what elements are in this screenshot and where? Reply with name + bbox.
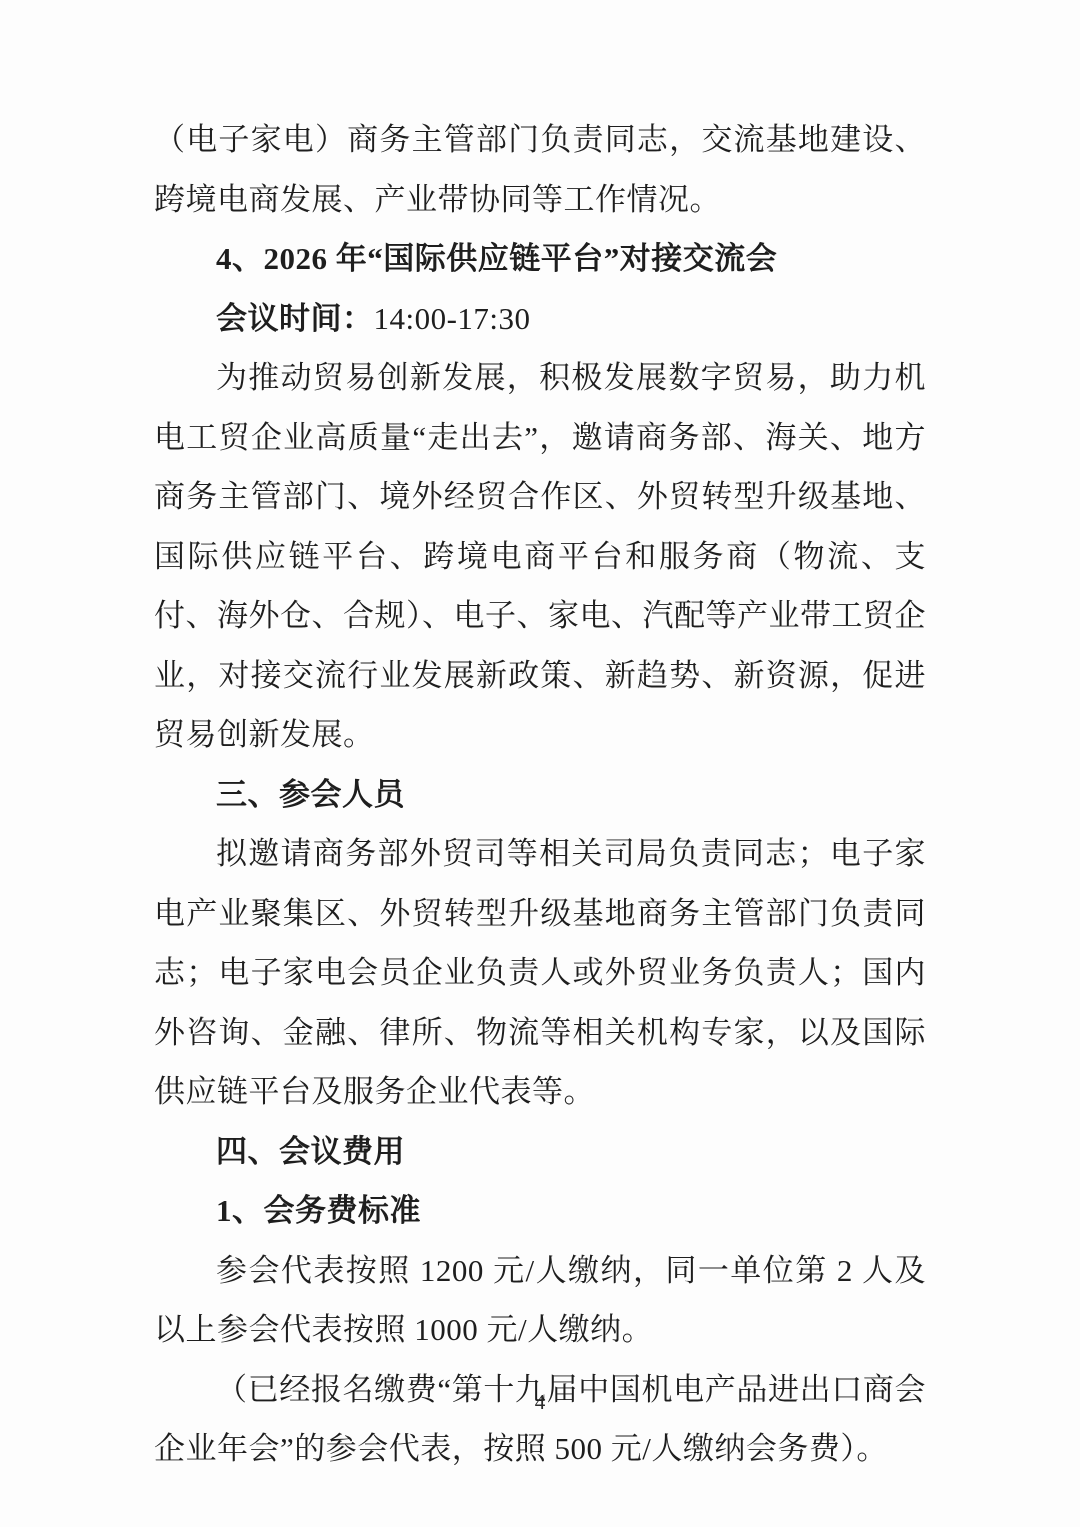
heading-section-4-fees: 四、会议费用	[154, 1122, 926, 1182]
paragraph-event4-description: 为推动贸易创新发展，积极发展数字贸易，助力机电工贸企业高质量“走出去”，邀请商务…	[154, 348, 926, 765]
heading-fee-standard: 1、会务费标准	[154, 1181, 926, 1241]
meeting-time-label: 会议时间：	[216, 301, 374, 336]
paragraph-continuation: （电子家电）商务主管部门负责同志，交流基地建设、跨境电商发展、产业带协同等工作情…	[154, 110, 926, 229]
paragraph-attendees: 拟邀请商务部外贸司等相关司局负责同志；电子家电产业聚集区、外贸转型升级基地商务主…	[154, 824, 926, 1122]
paragraph-fee: 参会代表按照 1200 元/人缴纳，同一单位第 2 人及以上参会代表按照 100…	[154, 1241, 926, 1360]
document-body: （电子家电）商务主管部门负责同志，交流基地建设、跨境电商发展、产业带协同等工作情…	[154, 110, 926, 1479]
heading-section-3-attendees: 三、参会人员	[154, 765, 926, 825]
meeting-time-value: 14:00-17:30	[374, 301, 531, 336]
meeting-time-line: 会议时间：14:00-17:30	[154, 289, 926, 349]
paragraph-fee-note: （已经报名缴费“第十九届中国机电产品进出口商会企业年会”的参会代表，按照 500…	[154, 1360, 926, 1479]
page-number: 4	[0, 1388, 1080, 1416]
document-page: （电子家电）商务主管部门负责同志，交流基地建设、跨境电商发展、产业带协同等工作情…	[0, 0, 1080, 1527]
heading-event-4: 4、2026 年“国际供应链平台”对接交流会	[154, 229, 926, 289]
